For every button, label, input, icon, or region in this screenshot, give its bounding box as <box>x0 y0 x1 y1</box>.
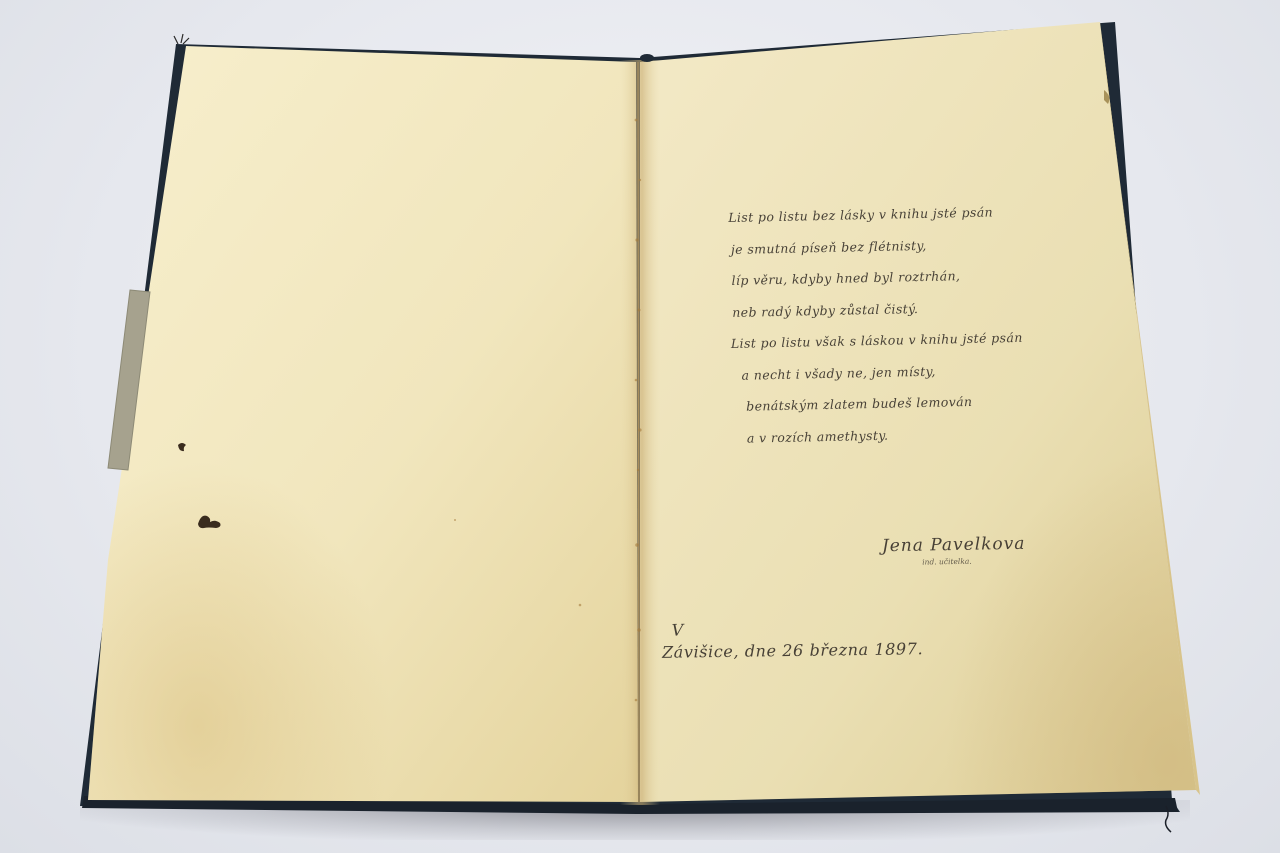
dateline: V Závišice, dne 26 března 1897. <box>662 639 923 662</box>
dateline-text: Závišice, dne 26 března 1897. <box>662 639 923 662</box>
signature-title: ind. učitelka. <box>922 556 1026 567</box>
handwritten-poem: List po listu bez lásky v knihu jsté psá… <box>728 198 1113 458</box>
dateline-prefix: V <box>672 621 684 640</box>
signature: Jena Pavelkova ind. učitelka. <box>882 534 1026 568</box>
book-gutter <box>620 60 660 805</box>
photo-scene: List po listu bez lásky v knihu jsté psá… <box>0 0 1280 853</box>
signature-name: Jena Pavelkova <box>882 534 1026 557</box>
